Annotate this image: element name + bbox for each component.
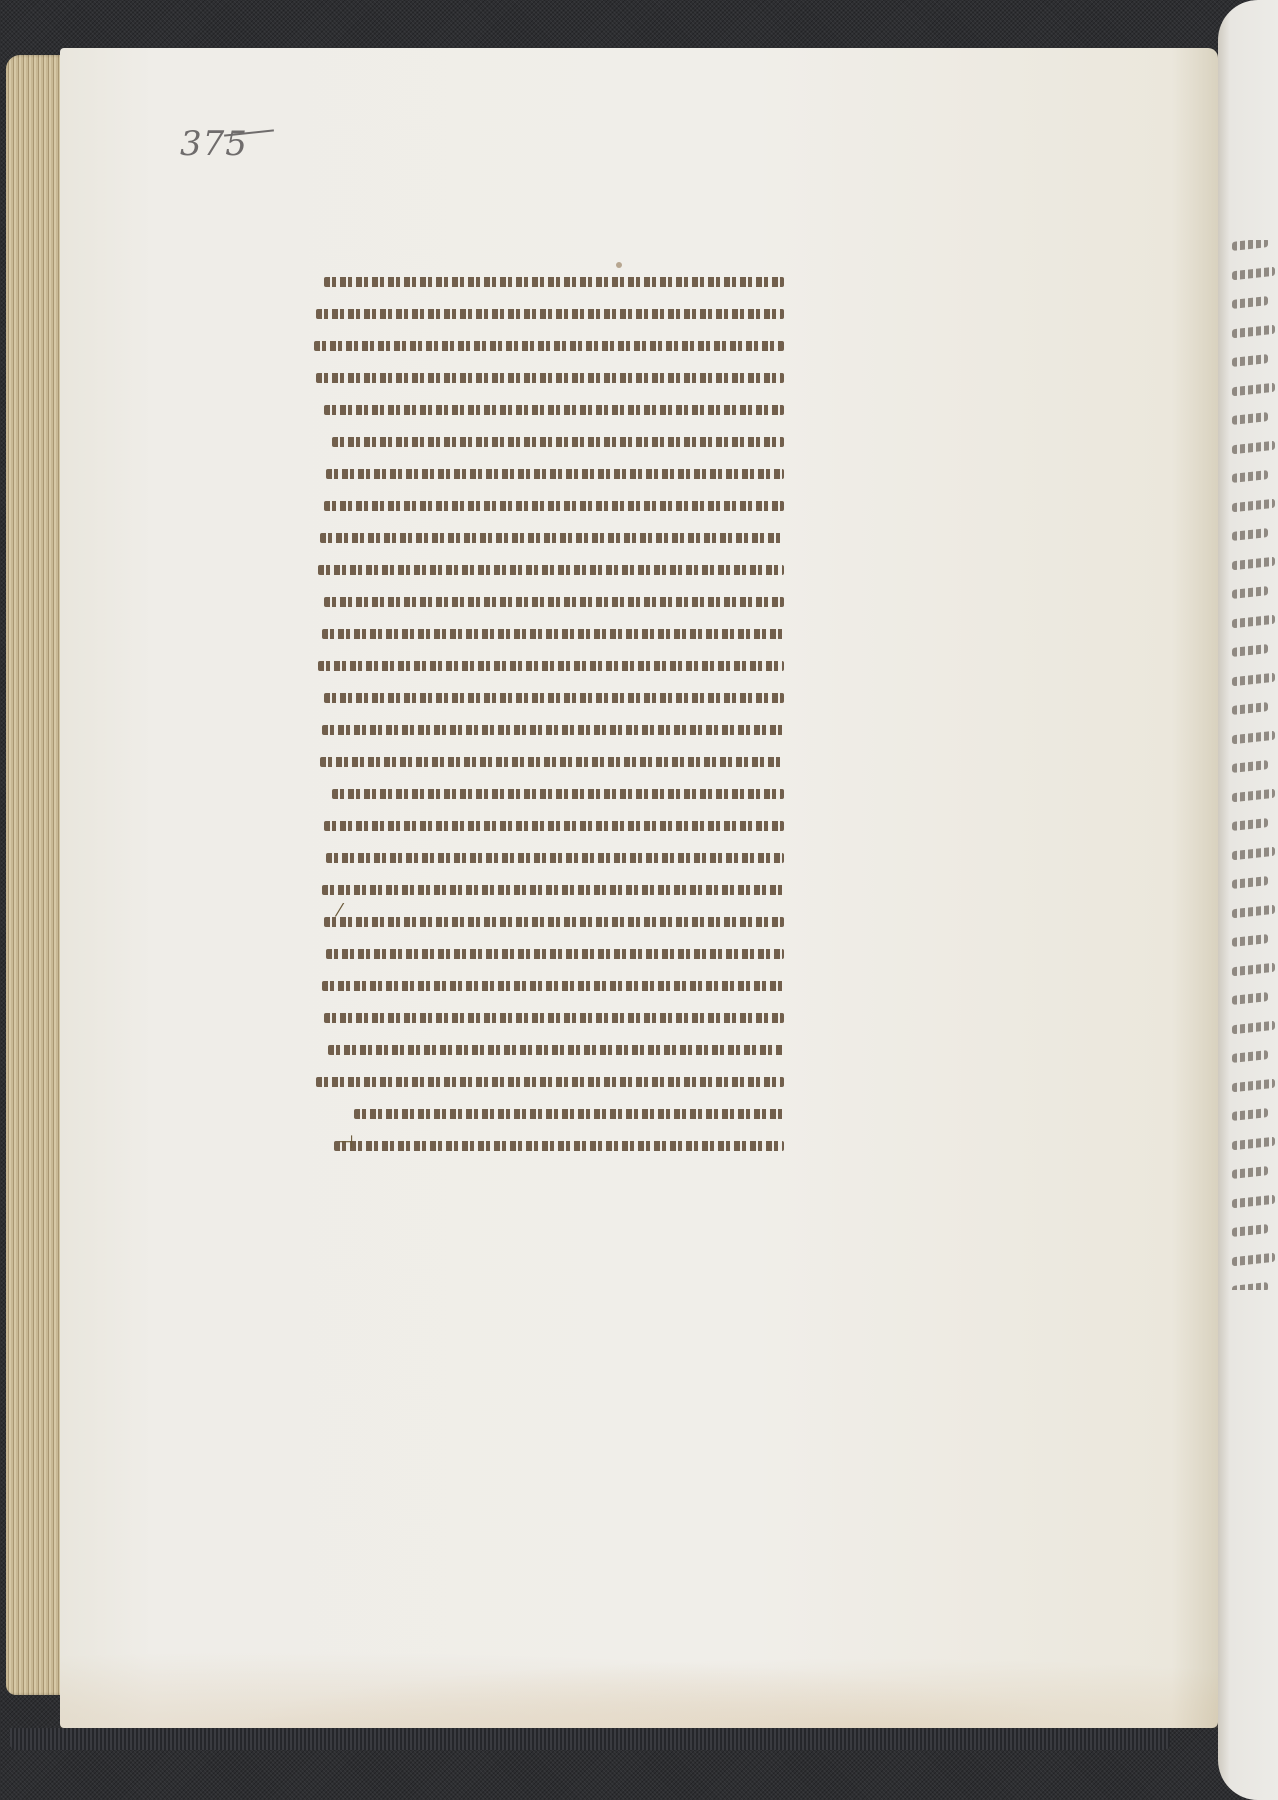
manuscript-line bbox=[308, 272, 784, 290]
handwritten-text bbox=[332, 437, 784, 447]
facing-page-line bbox=[1232, 499, 1275, 513]
facing-page-line bbox=[1232, 354, 1268, 367]
facing-page-line bbox=[1232, 847, 1275, 861]
facing-page-line bbox=[1232, 1224, 1268, 1237]
handwritten-text bbox=[316, 309, 784, 319]
manuscript-line bbox=[308, 688, 784, 706]
handwritten-text bbox=[324, 693, 784, 703]
facing-page-line bbox=[1232, 586, 1268, 599]
facing-page-line bbox=[1232, 470, 1268, 483]
handwritten-text bbox=[322, 981, 784, 991]
binding-edge bbox=[10, 1728, 1170, 1750]
manuscript-line bbox=[308, 1008, 784, 1026]
handwritten-text bbox=[354, 1109, 784, 1119]
facing-page-line bbox=[1232, 1108, 1268, 1121]
facing-page-line bbox=[1232, 1282, 1268, 1290]
manuscript-line bbox=[308, 400, 784, 418]
manuscript-line bbox=[308, 1104, 784, 1122]
facing-page-line bbox=[1232, 1166, 1268, 1179]
facing-page-line bbox=[1232, 789, 1275, 803]
facing-page-line bbox=[1232, 1195, 1275, 1209]
folio-number: 375 bbox=[180, 124, 248, 164]
handwritten-text bbox=[324, 277, 784, 287]
facing-page-line bbox=[1232, 992, 1268, 1005]
facing-page-line bbox=[1232, 528, 1268, 541]
manuscript-line bbox=[308, 336, 784, 354]
manuscript-line bbox=[308, 944, 784, 962]
facing-page-line bbox=[1232, 615, 1275, 629]
handwritten-text bbox=[324, 821, 784, 831]
handwritten-text bbox=[322, 725, 784, 735]
text-block bbox=[308, 272, 784, 1168]
manuscript-line bbox=[308, 464, 784, 482]
handwritten-text bbox=[324, 501, 784, 511]
facing-page-line bbox=[1232, 296, 1268, 309]
manuscript-line bbox=[308, 496, 784, 514]
manuscript-line bbox=[308, 592, 784, 610]
handwritten-text bbox=[322, 885, 784, 895]
facing-page-line bbox=[1232, 905, 1275, 919]
facing-page-line bbox=[1232, 441, 1275, 455]
facing-page-line bbox=[1232, 412, 1268, 425]
facing-page-line bbox=[1232, 702, 1268, 715]
manuscript-line bbox=[308, 912, 784, 930]
facing-page-line bbox=[1232, 1137, 1275, 1151]
facing-page-line bbox=[1232, 267, 1275, 281]
manuscript-line bbox=[308, 368, 784, 386]
handwritten-text bbox=[326, 949, 784, 959]
margin-mark-icon: ⊣ bbox=[338, 1132, 354, 1153]
facing-page-line bbox=[1232, 760, 1268, 773]
manuscript-line bbox=[308, 720, 784, 738]
ink-speck bbox=[616, 262, 622, 268]
handwritten-text bbox=[332, 789, 784, 799]
manuscript-line bbox=[308, 752, 784, 770]
facing-page-line bbox=[1232, 1050, 1268, 1063]
handwritten-text bbox=[316, 1077, 784, 1087]
facing-page-line bbox=[1232, 1253, 1275, 1267]
handwritten-text bbox=[326, 469, 784, 479]
handwritten-text bbox=[328, 1045, 784, 1055]
manuscript-line bbox=[308, 624, 784, 642]
facing-page-line bbox=[1232, 876, 1268, 889]
manuscript-line bbox=[308, 816, 784, 834]
handwritten-text bbox=[320, 757, 784, 767]
facing-page-line bbox=[1232, 644, 1268, 657]
margin-mark-icon: ⁄ bbox=[338, 900, 341, 921]
handwritten-text bbox=[324, 597, 784, 607]
manuscript-line bbox=[308, 528, 784, 546]
facing-page-line bbox=[1232, 731, 1275, 745]
facing-page-line bbox=[1232, 1021, 1275, 1035]
manuscript-line bbox=[308, 560, 784, 578]
facing-page-line bbox=[1232, 934, 1268, 947]
handwritten-text bbox=[320, 533, 784, 543]
facing-page-line bbox=[1232, 557, 1275, 571]
manuscript-line bbox=[308, 1136, 784, 1154]
manuscript-line bbox=[308, 432, 784, 450]
manuscript-line bbox=[308, 880, 784, 898]
facing-page-line bbox=[1232, 383, 1275, 397]
handwritten-text bbox=[318, 565, 784, 575]
handwritten-text bbox=[316, 373, 784, 383]
handwritten-text bbox=[334, 1141, 784, 1151]
handwritten-text bbox=[324, 917, 784, 927]
facing-page-line bbox=[1232, 240, 1268, 251]
facing-page-text bbox=[1226, 240, 1278, 1290]
manuscript-line bbox=[308, 1040, 784, 1058]
facing-page-line bbox=[1232, 818, 1268, 831]
manuscript-line bbox=[308, 656, 784, 674]
handwritten-text bbox=[318, 661, 784, 671]
facing-page-line bbox=[1232, 325, 1275, 339]
handwritten-text bbox=[326, 853, 784, 863]
facing-page-line bbox=[1232, 673, 1275, 687]
manuscript-line bbox=[308, 976, 784, 994]
manuscript-line bbox=[308, 848, 784, 866]
handwritten-text bbox=[324, 1013, 784, 1023]
facing-page-line bbox=[1232, 963, 1275, 977]
page-fore-edge bbox=[6, 55, 64, 1695]
manuscript-line bbox=[308, 784, 784, 802]
handwritten-text bbox=[314, 341, 784, 351]
facing-page-line bbox=[1232, 1079, 1275, 1093]
handwritten-text bbox=[324, 405, 784, 415]
manuscript-line bbox=[308, 304, 784, 322]
handwritten-text bbox=[322, 629, 784, 639]
manuscript-line bbox=[308, 1072, 784, 1090]
